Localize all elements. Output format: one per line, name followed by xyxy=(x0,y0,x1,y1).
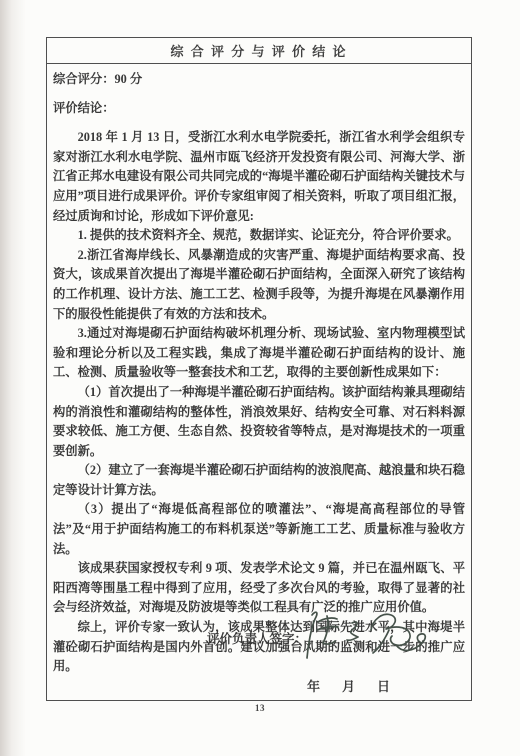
page-number: 13 xyxy=(0,703,520,713)
scan-edge-shadow xyxy=(0,0,26,756)
evaluation-table: 综 合 评 分 与 评 价 结 论 综合评分：90 分 评价结论： 2018 年… xyxy=(46,37,472,701)
date-month-label: 月 xyxy=(342,676,355,695)
table-body: 综合评分：90 分 评价结论： 2018 年 1 月 13 日，受浙江水利水电学… xyxy=(47,64,471,677)
paragraph-item-3: 3.通过对海堤砌石护面结构破坏机理分析、现场试验、室内物理模型试验和理论分析以及… xyxy=(53,324,465,383)
signature-handwriting-icon xyxy=(299,606,439,664)
paragraph-innovation-1: （1）首次提出了一种海堤半灌砼砌石护面结构。该护面结构兼具理砌结构的消浪性和灌砌… xyxy=(53,383,465,461)
paragraph-innovation-2: （2）建立了一套海堤半灌砼砌石护面结构的波浪爬高、越浪量和块石稳定等设计计算方法… xyxy=(53,461,465,500)
conclusion-label: 评价结论： xyxy=(53,99,465,119)
paragraph-item-1: 1. 提供的技术资料齐全、规范，数据详实、论证充分，符合评价要求。 xyxy=(53,226,465,246)
date-day-label: 日 xyxy=(377,676,390,695)
date-year-label: 年 xyxy=(307,676,320,695)
date-line: 年 月 日 xyxy=(307,676,390,695)
paragraph-intro: 2018 年 1 月 13 日，受浙江水利水电学院委托，浙江省水利学会组织专家对… xyxy=(53,128,465,226)
paragraph-innovation-3: （3）提出了“海堤低高程部位的喷灌法”、“海堤高高程部位的导管法”及“用于护面结… xyxy=(53,500,465,559)
signature-label: 评价负责人签字： xyxy=(207,629,307,647)
section-title: 综 合 评 分 与 评 价 结 论 xyxy=(47,38,471,64)
overall-score-line: 综合评分：90 分 xyxy=(53,70,465,90)
paragraph-item-2: 2.浙江省海岸线长、风暴潮造成的灾害严重、海堤护面结构要求高、投资大，该成果首次… xyxy=(53,246,465,324)
